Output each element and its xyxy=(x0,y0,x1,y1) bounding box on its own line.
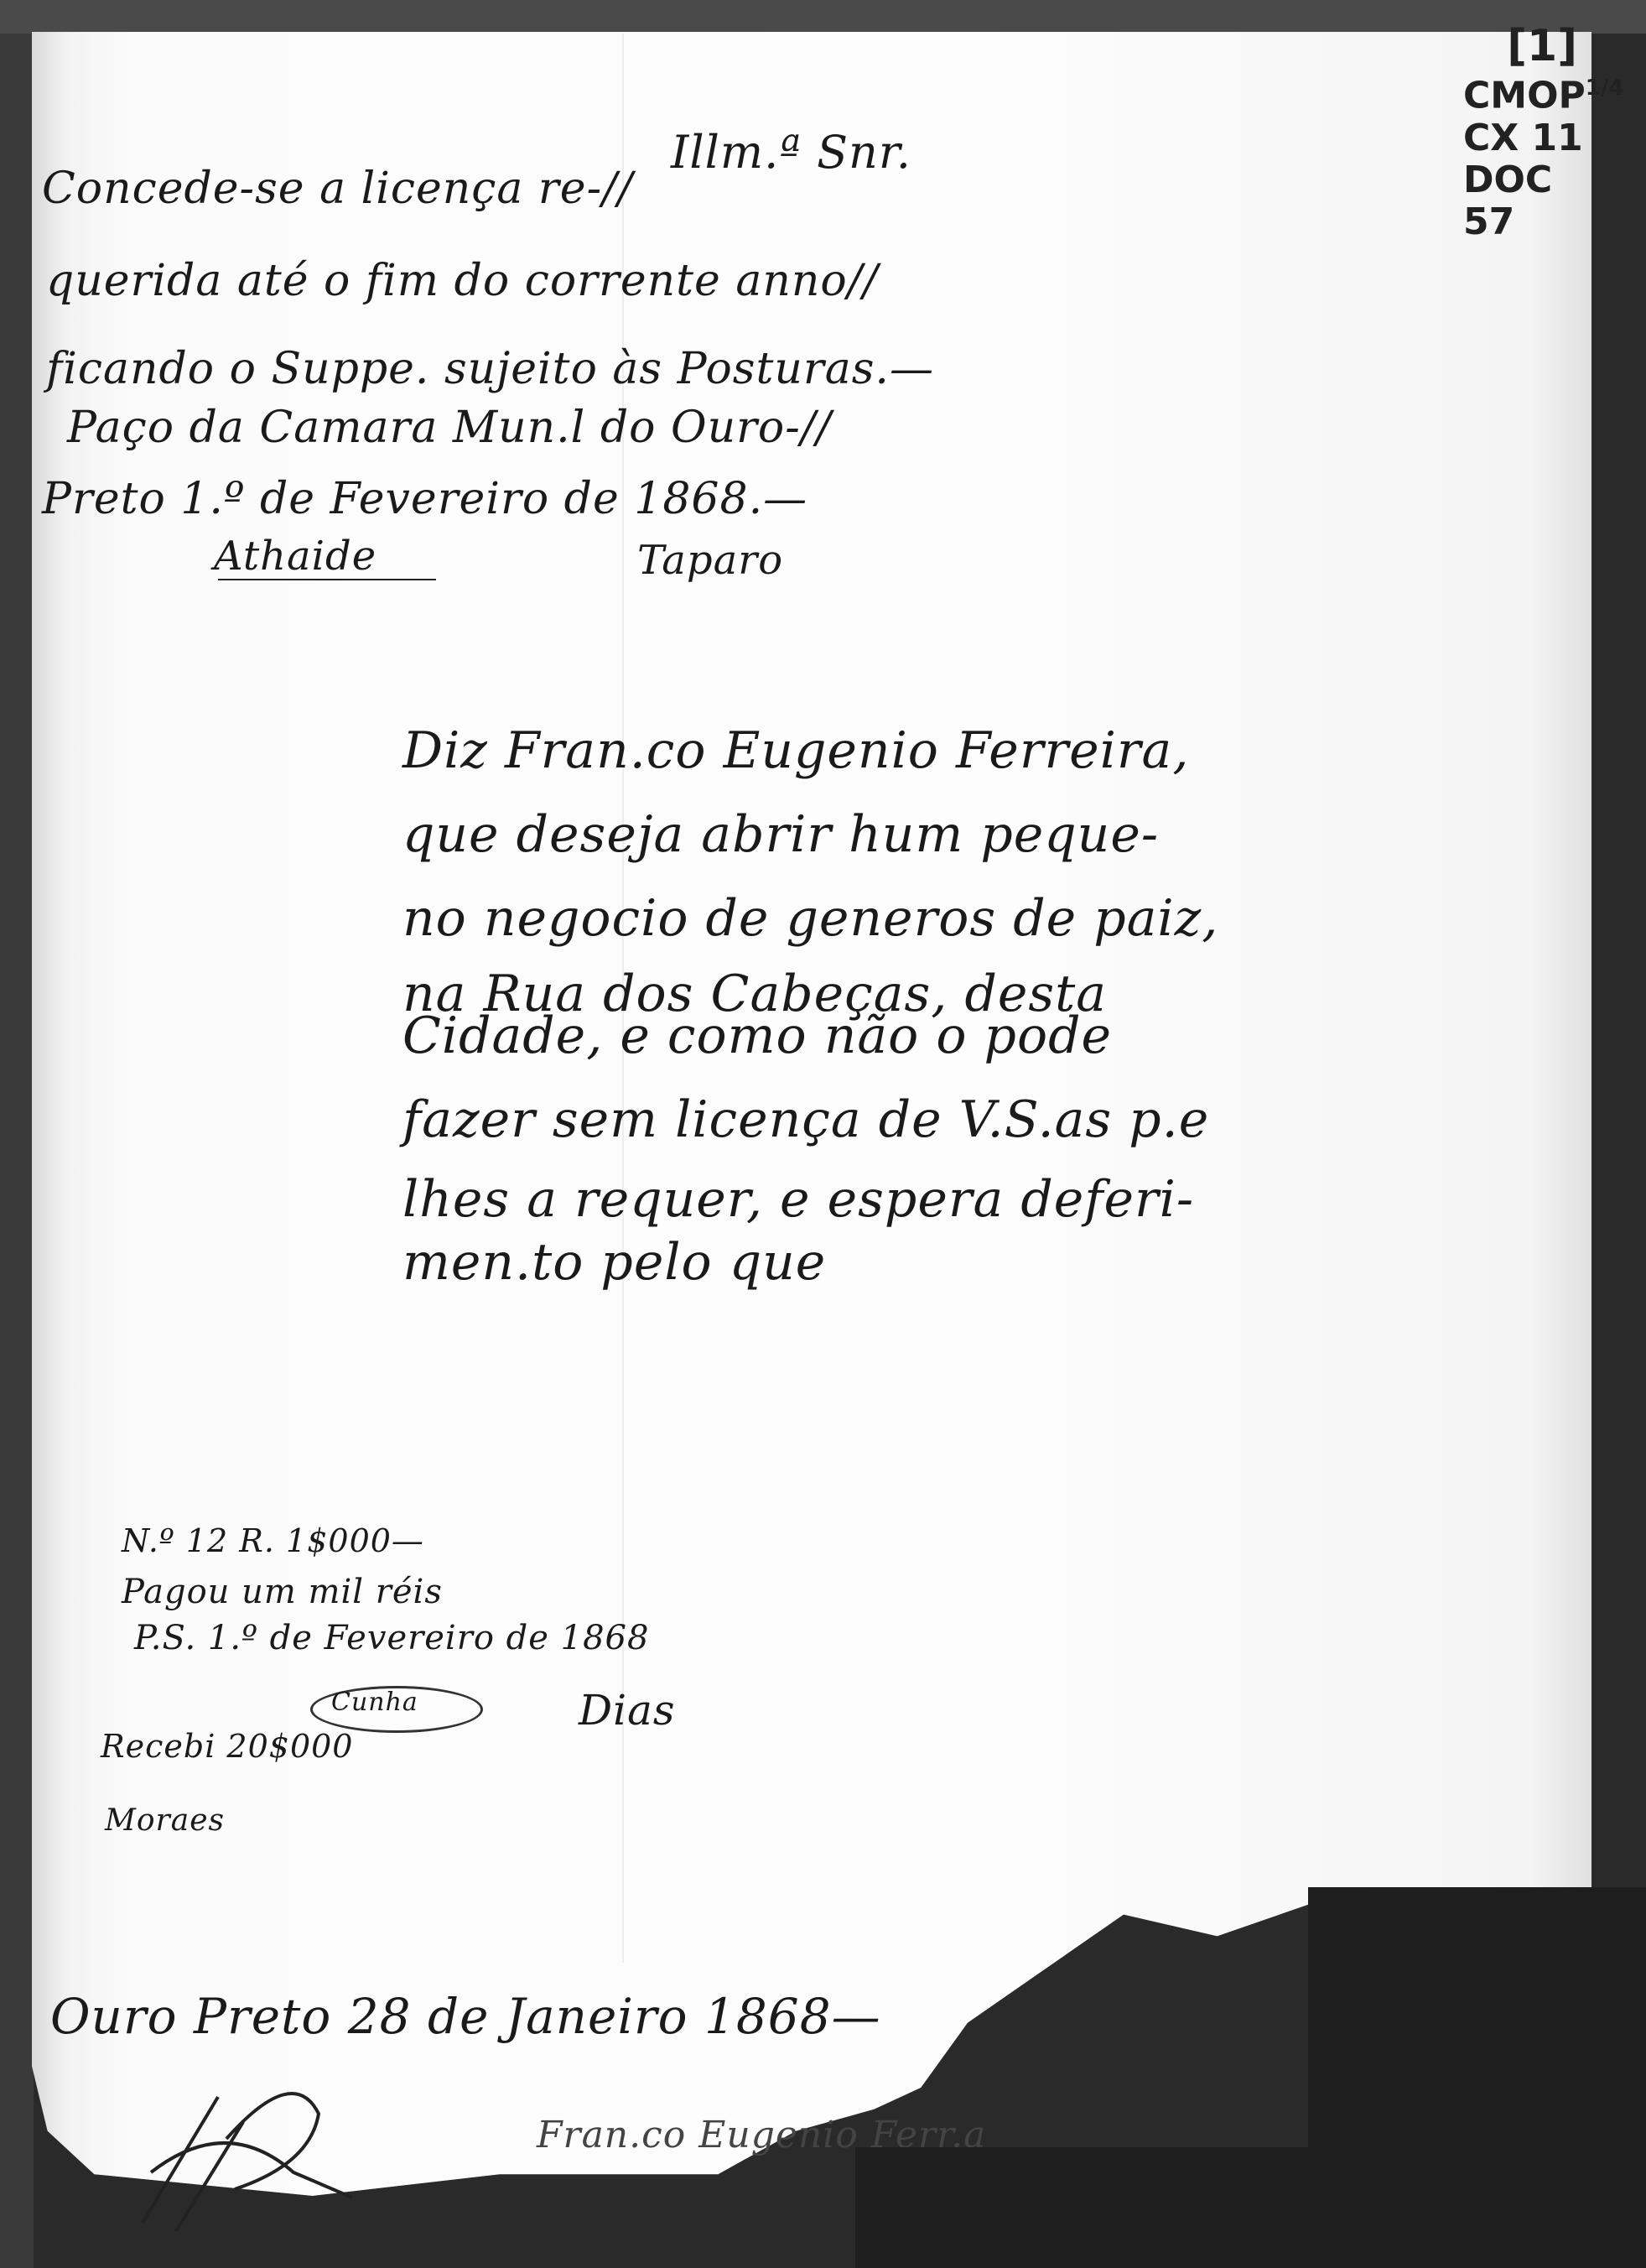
petition-line: fazer sem licença de V.S.as p.e xyxy=(402,1090,1209,1149)
damaged-corner xyxy=(1308,1887,1646,2268)
petition-line: Cidade, e como não o pode xyxy=(402,1007,1112,1065)
salutation: Illm.ª Snr. xyxy=(671,126,911,179)
signature-athaide: Athaide xyxy=(214,533,376,580)
petition-line: Diz Fran.co Eugenio Ferreira, xyxy=(402,721,1189,780)
signature-underline xyxy=(218,579,436,580)
rubric-flourish xyxy=(126,2063,428,2248)
despacho-line: Paço da Camara Mun.l do Ouro-// xyxy=(67,403,832,453)
damaged-edge xyxy=(855,2147,1325,2268)
scan-border-left xyxy=(0,0,34,2268)
despacho-line: querida até o fim do corrente anno// xyxy=(46,256,879,306)
signature-moraes: Moraes xyxy=(105,1803,225,1838)
archive-fund-sub: 1/4 xyxy=(1586,75,1624,101)
archive-fund: CMOP xyxy=(1463,75,1586,117)
signature-taparo: Taparo xyxy=(637,537,783,584)
date-line: Ouro Preto 28 de Janeiro 1868— xyxy=(50,1988,881,2045)
despacho-line: ficando o Suppe. sujeito às Posturas.— xyxy=(46,344,934,394)
archive-box: CX 11 xyxy=(1463,117,1589,159)
petition-line: men.to pelo que xyxy=(402,1233,826,1292)
payment-line: N.º 12 R. 1$000— xyxy=(122,1522,424,1559)
signature-dias: Dias xyxy=(579,1686,676,1735)
stamp-cunha: Cunha xyxy=(331,1688,418,1717)
payment-line: Pagou um mil réis xyxy=(122,1573,443,1611)
petition-line: que deseja abrir hum peque- xyxy=(402,805,1159,864)
scan-border-top xyxy=(0,0,1646,34)
despacho-line: Concede-se a licença re-// xyxy=(42,164,633,214)
payment-line: P.S. 1.º de Fevereiro de 1868 xyxy=(134,1619,649,1657)
receipt-line: Recebi 20$000 xyxy=(101,1728,354,1765)
archive-label: [1] CMOP1/4 CX 11 DOC 57 xyxy=(1463,25,1589,243)
archive-doc: DOC 57 xyxy=(1463,159,1589,243)
despacho-line: Preto 1.º de Fevereiro de 1868.— xyxy=(42,474,807,524)
archive-number: [1] xyxy=(1463,25,1589,67)
petition-line: lhes a requer, e espera deferi- xyxy=(402,1170,1194,1229)
petition-line: no negocio de generos de paiz, xyxy=(402,889,1218,948)
